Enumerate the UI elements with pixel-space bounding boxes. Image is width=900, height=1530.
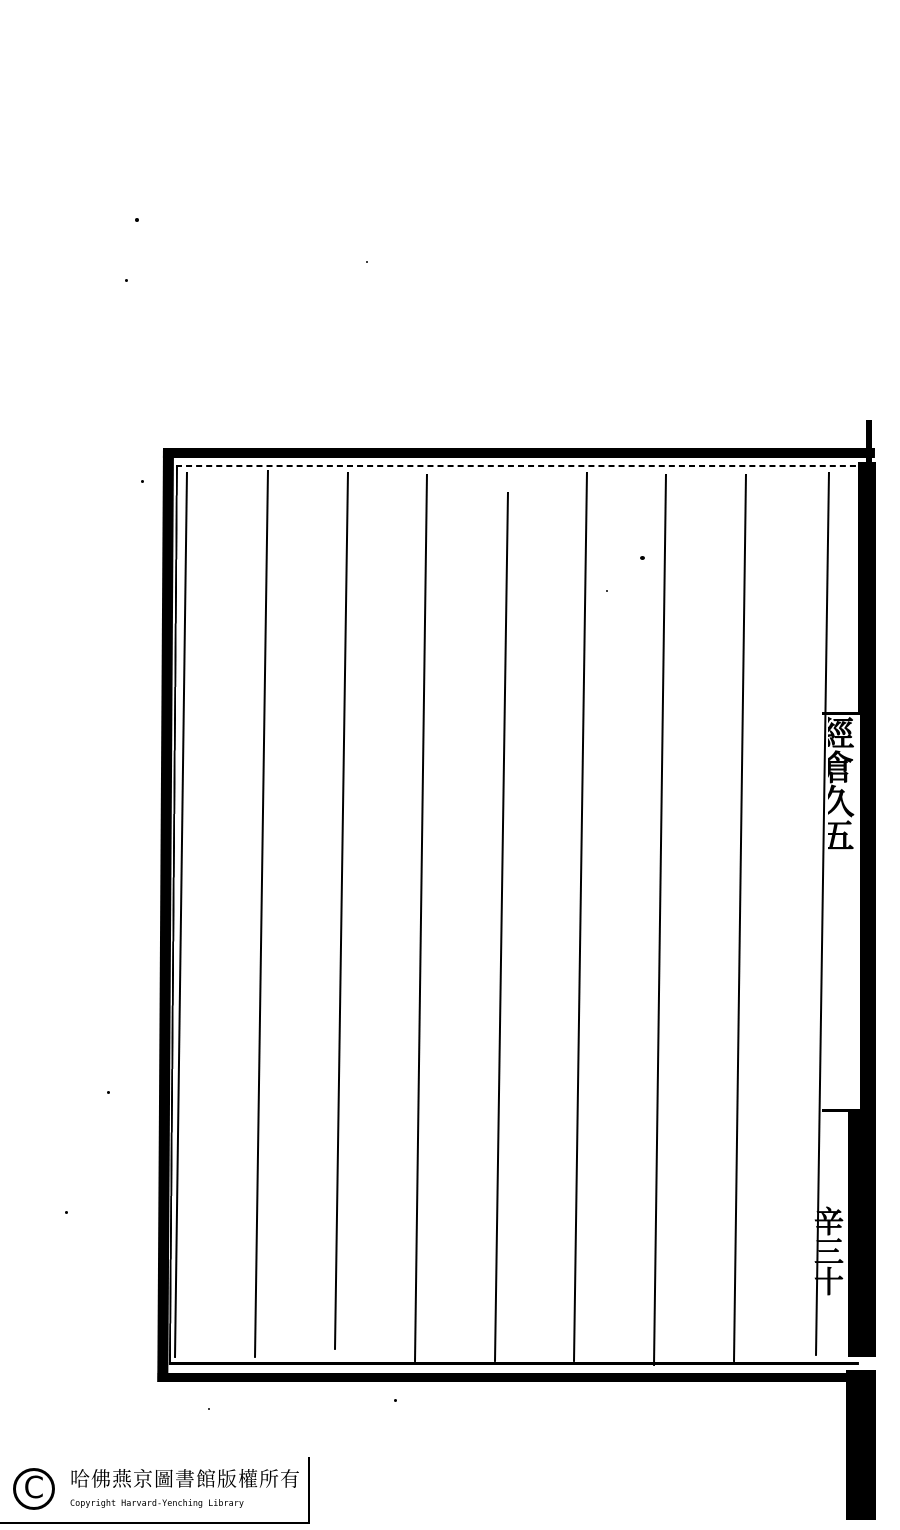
- ink-speck: [366, 261, 368, 263]
- ink-speck: [208, 1408, 210, 1410]
- ink-speck: [606, 590, 608, 592]
- ink-speck: [640, 556, 645, 560]
- binding-edge-top: [866, 420, 872, 462]
- spine-volume-number: 辛三十: [808, 1206, 844, 1326]
- spine-shadow-lower: [848, 1112, 876, 1357]
- ink-speck: [141, 480, 144, 483]
- copyright-stamp: C 哈佛燕京圖書館版權所有 Copyright Harvard-Yenching…: [0, 1457, 310, 1524]
- ink-speck: [135, 218, 139, 222]
- scanned-page: 經倉久五 辛三十 C 哈佛燕京圖書館版權所有 Copyright Harvard…: [0, 0, 900, 1530]
- spine-shadow-middle: [860, 712, 876, 1112]
- spine-title: 經倉久五: [828, 716, 860, 946]
- ink-speck: [107, 1091, 110, 1094]
- inner-border-frame: [169, 465, 866, 1365]
- copyright-text-chinese: 哈佛燕京圖書館版權所有: [70, 1463, 301, 1492]
- copyright-text-english: Copyright Harvard-Yenching Library: [70, 1499, 244, 1509]
- ink-speck: [65, 1211, 68, 1214]
- ink-speck: [394, 1399, 397, 1402]
- ink-speck: [125, 279, 128, 282]
- spine-shadow-upper: [858, 462, 876, 712]
- binding-edge: [846, 1370, 876, 1520]
- copyright-icon: C: [13, 1468, 55, 1510]
